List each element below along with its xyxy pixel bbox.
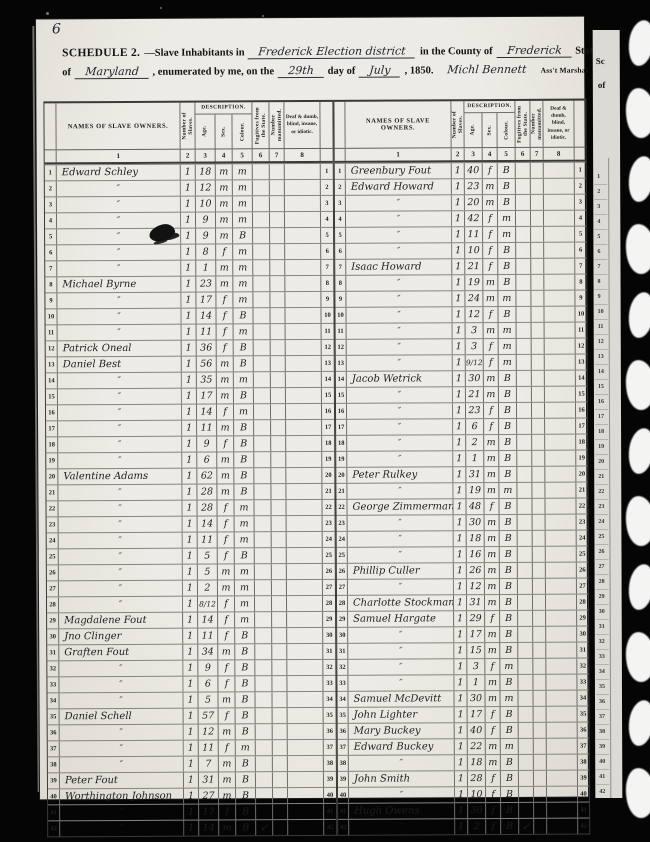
- disability-cell: [546, 611, 577, 626]
- slave-count-cell: 1: [454, 627, 467, 642]
- age-cell: 1: [196, 260, 216, 275]
- row-number: 20: [46, 469, 58, 484]
- fugitive-cell: [517, 483, 532, 498]
- row-number: 12: [322, 340, 334, 355]
- age-cell: 6: [198, 676, 218, 691]
- fugitive-cell: [254, 500, 271, 515]
- owner-name-cell: John Lighter: [349, 707, 455, 723]
- fugitive-cell: [517, 387, 532, 402]
- disability-cell: [546, 531, 577, 546]
- description-header: DESCRIPTION.: [464, 101, 514, 113]
- row-number: 26: [323, 564, 335, 579]
- row-number: 5: [321, 228, 333, 243]
- row-number: 29: [577, 611, 588, 626]
- row-number: 11: [322, 324, 334, 339]
- fugitive-cell: [254, 468, 271, 483]
- slave-count-cell: 1: [454, 691, 467, 706]
- ditto-mark: ″: [346, 243, 452, 259]
- slave-table-left: NAMES OF SLAVE OWNERS.Number of Slaves.D…: [43, 100, 337, 838]
- ditto-mark: ″: [58, 485, 182, 501]
- ditto-mark: ″: [59, 661, 183, 677]
- column-number-cell: [575, 148, 586, 160]
- colour-cell: B: [499, 451, 517, 466]
- table-row: 34″15mB34: [47, 691, 335, 709]
- fugitive-cell: [518, 595, 533, 610]
- table-row: 42″12fB✓42: [338, 818, 589, 835]
- manumitted-cell: [533, 515, 546, 530]
- owner-name-cell: George Zimmerman: [347, 499, 453, 515]
- sex-cell: m: [486, 755, 501, 770]
- colour-cell: m: [236, 740, 256, 755]
- colour-cell: B: [236, 772, 256, 787]
- sex-cell: m: [219, 820, 236, 835]
- disability-cell: [546, 675, 577, 690]
- colour-cell: B: [236, 820, 256, 835]
- fugitive-cell: [518, 531, 533, 546]
- next-page-row-number: 42: [596, 785, 609, 798]
- slave-count-cell: 1: [181, 229, 196, 244]
- next-page-row-number: 19: [595, 440, 608, 455]
- ditto-mark: ″: [347, 387, 453, 403]
- slave-count-cell: 1: [182, 485, 197, 500]
- ditto-mark: ″: [58, 437, 182, 453]
- table-row: 19″11mB19: [336, 450, 587, 467]
- row-number: 21: [576, 483, 587, 498]
- fugitive-cell: [516, 243, 531, 258]
- disability-cell: [546, 691, 577, 706]
- row-number: 39: [324, 772, 336, 787]
- colour-cell: B: [499, 467, 517, 482]
- row-number: 18: [336, 436, 347, 451]
- manumitted-header: Number manumitted.: [530, 101, 543, 147]
- age-cell: 10: [465, 243, 483, 258]
- disability-cell: [545, 339, 576, 354]
- manumitted-cell: [532, 339, 545, 354]
- fugitive-cell: [516, 195, 531, 210]
- next-page-row-number: 26: [595, 545, 608, 560]
- disability-cell: [285, 228, 321, 243]
- age-cell: 36: [197, 340, 217, 355]
- colour-cell: B: [498, 195, 516, 210]
- disability-cell: [285, 196, 321, 211]
- row-number: 2: [335, 180, 346, 195]
- disability-cell: [545, 355, 576, 370]
- colour-cell: B: [499, 387, 517, 402]
- age-cell: 62: [197, 468, 217, 483]
- sex-cell: f: [219, 804, 236, 819]
- table-row: 13Daniel Best156mB13: [46, 355, 334, 373]
- age-cell: 10: [468, 787, 486, 802]
- manumitted-cell: [532, 451, 545, 466]
- row-number: 34: [323, 692, 335, 707]
- sex-cell: m: [484, 387, 499, 402]
- age-cell: 28: [197, 500, 217, 515]
- slave-count-cell: 1: [184, 741, 199, 756]
- disability-cell: [547, 819, 578, 834]
- manumitted-cell: [531, 179, 544, 194]
- fugitive-cell: [516, 291, 531, 306]
- fugitive-cell: [517, 467, 532, 482]
- colour-cell: B: [500, 595, 518, 610]
- sex-cell: m: [485, 547, 500, 562]
- age-cell: 11: [198, 628, 218, 643]
- disability-cell: [285, 276, 321, 291]
- manumitted-cell: [270, 228, 285, 243]
- sex-cell: m: [219, 756, 236, 771]
- slave-count-cell: 1: [182, 437, 197, 452]
- table-row: 20Peter Rulkey131mB20: [336, 466, 587, 483]
- manumitted-cell: [531, 307, 544, 322]
- colour-cell: m: [500, 691, 518, 706]
- manumitted-cell: [534, 771, 547, 786]
- age-cell: 28: [197, 484, 217, 499]
- next-page-text-fragment: of: [598, 80, 606, 90]
- colour-cell: B: [501, 819, 519, 834]
- slave-count-cell: 1: [184, 805, 199, 820]
- slave-count-cell: 1: [182, 373, 197, 388]
- fugitive-cell: [256, 756, 273, 771]
- manumitted-cell: [270, 292, 285, 307]
- microfilm-background: 6 SCHEDULE 2.—Slave Inhabitants in Frede…: [0, 0, 650, 842]
- row-number: 29: [47, 613, 59, 628]
- next-page-row-number: 11: [595, 320, 608, 335]
- row-number: 3: [321, 196, 333, 211]
- age-cell: 9: [196, 228, 216, 243]
- table-row: 2Edward Howard123mB2: [335, 178, 586, 195]
- sprocket-hole: [626, 699, 650, 748]
- disability-cell: [544, 307, 575, 322]
- owner-name-cell: Edward Buckey: [349, 739, 455, 755]
- column-number: 6: [516, 148, 531, 160]
- fugitive-cell: [254, 404, 271, 419]
- row-number: 14: [46, 373, 58, 388]
- slave-count-cell: 1: [183, 693, 198, 708]
- row-number: 40: [578, 787, 589, 802]
- colour-cell: m: [498, 227, 516, 242]
- fugitive-cell: [517, 371, 532, 386]
- column-number: 3: [196, 150, 216, 162]
- ditto-mark: ″: [347, 451, 453, 467]
- colour-cell: B: [500, 627, 518, 642]
- next-page-row-number: 1: [594, 170, 607, 185]
- slave-count-cell: 1: [181, 277, 196, 292]
- sex-cell: m: [219, 724, 236, 739]
- fugitive-cell: [519, 787, 534, 802]
- fugitive-cell: [519, 755, 534, 770]
- table-row: 41Hugh Owens130fB41: [338, 802, 589, 819]
- row-number: 6: [321, 244, 333, 259]
- next-page-row-number: 7: [594, 260, 607, 275]
- sex-cell: f: [217, 340, 234, 355]
- num-slaves-header-label: Number of Slaves.: [181, 104, 194, 148]
- table-row: 21″128mB21: [46, 483, 334, 501]
- age-cell: 17: [199, 804, 219, 819]
- table-row: 6″110fB6: [335, 242, 586, 259]
- colour-cell: B: [234, 340, 254, 355]
- table-row: 39Peter Fout131mB39: [48, 771, 336, 789]
- slave-count-cell: 1: [181, 213, 196, 228]
- sex-cell: m: [485, 643, 500, 658]
- colour-cell: B: [234, 388, 254, 403]
- colour-cell: B: [499, 403, 517, 418]
- age-cell: 30: [466, 371, 484, 386]
- manumitted-cell: [532, 467, 545, 482]
- table-row: 2″112mm2: [45, 179, 333, 197]
- sex-cell: f: [217, 324, 234, 339]
- slave-count-cell: 1: [454, 675, 467, 690]
- fugitive-cell: [255, 612, 272, 627]
- row-number: 38: [48, 757, 60, 772]
- table-row: 33″16fB33: [47, 675, 335, 693]
- disability-cell: [287, 532, 323, 547]
- sex-cell: m: [484, 323, 499, 338]
- title-text: —Slave Inhabitants in: [144, 47, 244, 59]
- manumitted-cell: [531, 163, 544, 178]
- state-handwritten: Maryland: [74, 66, 149, 79]
- row-number: 42: [338, 820, 349, 835]
- row-number: 2: [45, 181, 57, 196]
- row-number: 36: [578, 723, 589, 738]
- age-cell: 14: [198, 516, 218, 531]
- sex-cell: f: [485, 611, 500, 626]
- slave-count-cell: 1: [453, 387, 466, 402]
- page-number: 6: [52, 21, 61, 37]
- row-number: 17: [336, 420, 347, 435]
- row-number: 35: [578, 707, 589, 722]
- slave-count-cell: 1: [454, 547, 467, 562]
- row-number: 25: [577, 547, 588, 562]
- row-number: 38: [324, 756, 336, 771]
- slave-count-cell: 1: [183, 581, 198, 596]
- age-cell: 12: [465, 307, 483, 322]
- fugitive-cell: [255, 532, 272, 547]
- row-number: 22: [336, 500, 347, 515]
- age-cell: 17: [468, 707, 486, 722]
- age-cell: 56: [197, 356, 217, 371]
- manumitted-cell: [534, 787, 547, 802]
- sex-cell: m: [483, 195, 498, 210]
- slave-count-cell: 1: [453, 435, 466, 450]
- row-number: 7: [321, 260, 333, 275]
- row-number: 22: [46, 501, 58, 516]
- row-number: 36: [48, 725, 60, 740]
- fugitive-cell: [518, 643, 533, 658]
- fugitive-cell: [253, 308, 270, 323]
- sex-cell: f: [218, 676, 235, 691]
- disability-cell: [287, 644, 323, 659]
- row-number: 5: [335, 228, 346, 243]
- row-number: 32: [337, 660, 348, 675]
- disability-cell: [285, 164, 321, 179]
- ditto-mark: ″: [60, 741, 184, 757]
- colour-cell: B: [236, 756, 256, 771]
- manumitted-cell: [531, 243, 544, 258]
- fugitive-cell: [254, 372, 271, 387]
- fugitive-cell: [255, 644, 272, 659]
- sprocket-hole: [626, 291, 650, 340]
- row-number: 8: [335, 276, 346, 291]
- manumitted-cell: [271, 468, 286, 483]
- disability-header: Deaf & dumb, blind, insane, or idiotic.: [284, 102, 320, 148]
- row-number: 40: [324, 788, 336, 803]
- disability-cell: [545, 435, 576, 450]
- colour-header-label: Colour.: [503, 121, 509, 140]
- fugitive-cell: [253, 180, 270, 195]
- colour-cell: m: [233, 292, 253, 307]
- row-number: 14: [336, 372, 347, 387]
- column-number: 7: [270, 149, 285, 161]
- disability-cell: [286, 468, 322, 483]
- column-number: 3: [465, 148, 483, 160]
- slave-count-cell: 1: [455, 803, 468, 818]
- owner-name-cell: Jacob Wetrick: [347, 371, 453, 387]
- table-row: 16″114fm16: [46, 403, 334, 421]
- next-page-row-number: 34: [596, 665, 609, 680]
- row-number: 22: [322, 500, 334, 515]
- next-page-row-number: 24: [595, 515, 608, 530]
- colour-cell: B: [234, 436, 254, 451]
- disability-cell: [286, 484, 322, 499]
- row-number: 25: [323, 548, 335, 563]
- form-title-line1: SCHEDULE 2.—Slave Inhabitants in Frederi…: [62, 45, 574, 61]
- slave-count-cell: 1: [181, 293, 196, 308]
- colour-cell: B: [234, 452, 254, 467]
- age-cell: 23: [466, 403, 484, 418]
- next-page-row-number: 37: [596, 710, 609, 725]
- ditto-mark: ″: [347, 339, 453, 355]
- slave-count-cell: 1: [455, 819, 468, 834]
- colour-cell: B: [498, 163, 516, 178]
- next-page-row-number: 4: [594, 215, 607, 230]
- row-number: 25: [337, 548, 348, 563]
- slave-count-cell: 1: [182, 341, 197, 356]
- next-page-row-number: 21: [595, 470, 608, 485]
- fugitive-cell: [255, 580, 272, 595]
- age-cell: 10: [196, 197, 216, 212]
- age-cell: 31: [467, 595, 485, 610]
- disability-cell: [285, 244, 321, 259]
- colour-cell: m: [233, 276, 253, 291]
- disability-cell: [286, 500, 322, 515]
- slave-count-cell: 1: [454, 611, 467, 626]
- row-number: 30: [47, 629, 59, 644]
- disability-cell: [288, 772, 324, 787]
- age-cell: 2: [468, 819, 486, 834]
- age-cell: 30: [467, 691, 485, 706]
- sex-cell: m: [216, 196, 233, 211]
- disability-cell: [544, 195, 575, 210]
- age-cell: 6: [466, 419, 484, 434]
- table-row: 26Phillip Culler126mB26: [337, 562, 588, 579]
- table-row: 33″11mB33: [337, 674, 588, 691]
- fugitive-cell: [256, 804, 273, 819]
- ditto-mark: ″: [346, 307, 452, 323]
- table-row: 36″112mB36: [48, 723, 336, 741]
- disability-cell: [547, 723, 578, 738]
- row-number: 42: [48, 821, 60, 836]
- disability-cell: [286, 452, 322, 467]
- fugitive-cell: [254, 452, 271, 467]
- row-number: 39: [48, 773, 60, 788]
- sex-header: Sex.: [482, 113, 497, 147]
- slave-count-cell: 1: [452, 259, 465, 274]
- disability-cell: [287, 564, 323, 579]
- ditto-mark: ″: [57, 245, 181, 261]
- age-cell: 22: [468, 739, 486, 754]
- colour-cell: B: [501, 723, 519, 738]
- ditto-mark: ″: [348, 515, 454, 531]
- row-number: 33: [323, 676, 335, 691]
- next-page-row-number: 14: [595, 365, 608, 380]
- sex-cell: f: [485, 659, 500, 674]
- ditto-mark: ″: [57, 261, 181, 277]
- age-cell: 9: [197, 436, 217, 451]
- next-page-row-number: 9: [595, 290, 608, 305]
- manumitted-cell: [271, 500, 286, 515]
- fugitive-cell: [519, 723, 534, 738]
- table-row: 15″117mB15: [46, 387, 334, 405]
- colour-cell: m: [233, 164, 253, 179]
- age-cell: 12: [199, 724, 219, 739]
- sex-cell: m: [216, 212, 233, 227]
- manumitted-cell: [533, 691, 546, 706]
- manumitted-cell: [534, 755, 547, 770]
- disability-cell: [547, 771, 578, 786]
- slave-count-cell: 1: [184, 757, 199, 772]
- age-cell: 3: [466, 339, 484, 354]
- age-header-label: Age.: [202, 126, 208, 137]
- disability-cell: [546, 659, 577, 674]
- slave-count-cell: 1: [455, 739, 468, 754]
- slave-count-cell: 1: [453, 499, 466, 514]
- manumitted-cell: [534, 723, 547, 738]
- table-row: 25″116mB25: [337, 546, 588, 563]
- sex-cell: f: [486, 803, 501, 818]
- age-cell: 34: [198, 644, 218, 659]
- month-handwritten: July: [359, 65, 401, 78]
- row-number: 31: [577, 643, 588, 658]
- next-page-row-number: 29: [596, 590, 609, 605]
- row-number: 7: [335, 260, 346, 275]
- fugitive-cell: [518, 675, 533, 690]
- table-row: 17″16fB17: [336, 418, 587, 435]
- disability-cell: [546, 563, 577, 578]
- row-number: 9: [335, 292, 346, 307]
- colour-cell: m: [234, 500, 254, 515]
- slave-count-cell: 1: [184, 821, 199, 836]
- ditto-mark: ″: [349, 819, 455, 835]
- next-page-row-number: 12: [595, 335, 608, 350]
- disability-cell: [288, 820, 324, 835]
- slave-count-cell: 1: [455, 707, 468, 722]
- manumitted-cell: [533, 563, 546, 578]
- row-number: 6: [575, 243, 586, 258]
- marshal-name-handwritten: Michl Bennett: [437, 64, 537, 77]
- row-number: 36: [324, 724, 336, 739]
- row-number: 41: [338, 804, 349, 819]
- slave-count-cell: 1: [453, 355, 466, 370]
- fugitive-cell: [517, 499, 532, 514]
- next-page-row-number: 3: [594, 200, 607, 215]
- slave-count-cell: 1: [182, 421, 197, 436]
- disability-cell: [287, 660, 323, 675]
- age-cell: 17: [197, 388, 217, 403]
- row-number: 16: [46, 405, 58, 420]
- row-number: 1: [335, 164, 346, 179]
- fugitive-cell: [516, 179, 531, 194]
- manumitted-cell: [271, 356, 286, 371]
- table-row: 12Patrick Oneal136fB12: [46, 339, 334, 357]
